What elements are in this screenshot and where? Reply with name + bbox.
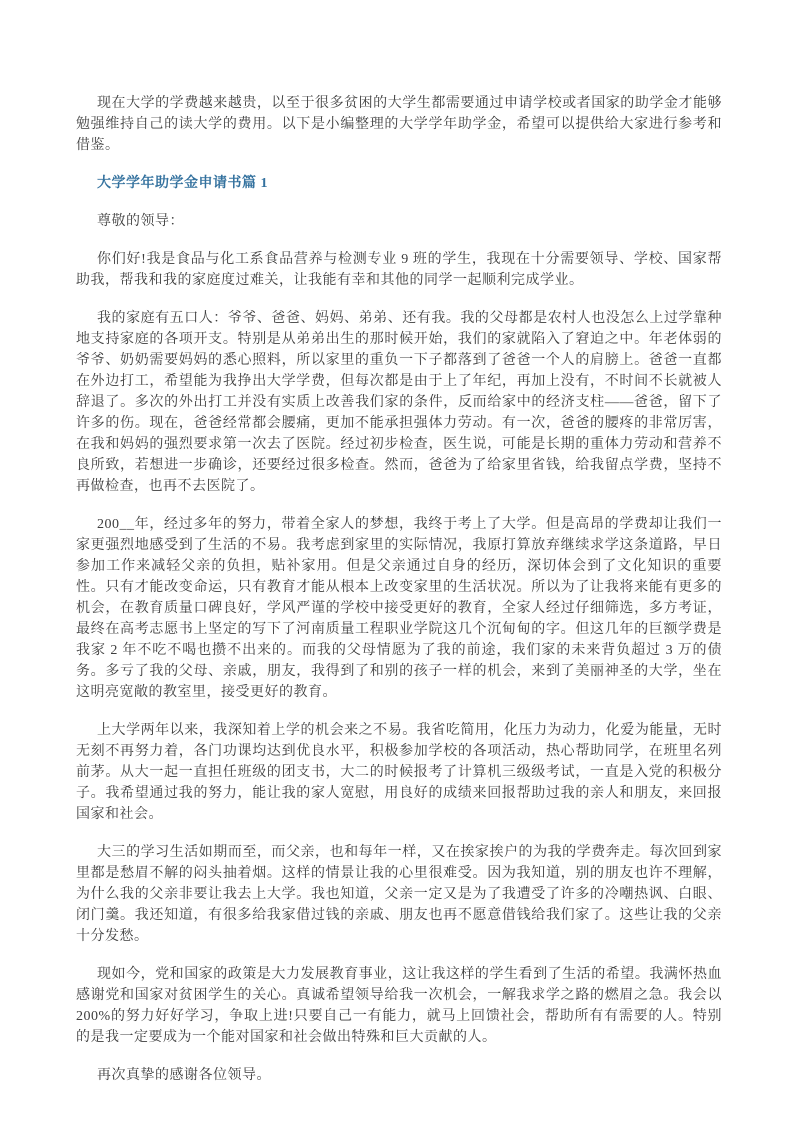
body-paragraph: 我的家庭有五口人：爷爷、爸爸、妈妈、弟弟、还有我。我的父母都是农村人也没怎么上过… [76, 308, 722, 497]
body-paragraph: 大三的学习生活如期而至，而父亲，也和每年一样，又在挨家挨户的为我的学费奔走。每次… [76, 842, 722, 947]
body-paragraph: 上大学两年以来，我深知着上学的机会来之不易。我省吃简用，化压力为动力，化爱为能量… [76, 720, 722, 825]
body-paragraph: 现如今，党和国家的政策是大力发展教育事业，这让我这样的学生看到了生活的希望。我满… [76, 964, 722, 1048]
document-body: 现在大学的学费越来越贵，以至于很多贫困的大学生都需要通过申请学校或者国家的助学金… [76, 93, 722, 1086]
salutation: 尊敬的领导： [76, 211, 722, 232]
section-heading: 大学学年助学金申请书篇 1 [76, 173, 722, 194]
intro-paragraph: 现在大学的学费越来越贵，以至于很多贫困的大学生都需要通过申请学校或者国家的助学金… [76, 93, 722, 156]
body-paragraph: 200__年，经过多年的努力，带着全家人的梦想，我终于考上了大学。但是高昂的学费… [76, 514, 722, 703]
document-page: 现在大学的学费越来越贵，以至于很多贫困的大学生都需要通过申请学校或者国家的助学金… [0, 0, 800, 1132]
body-paragraph: 你们好!我是食品与化工系食品营养与检测专业 9 班的学生，我现在十分需要领导、学… [76, 249, 722, 291]
closing-paragraph: 再次真挚的感谢各位领导。 [76, 1065, 722, 1086]
